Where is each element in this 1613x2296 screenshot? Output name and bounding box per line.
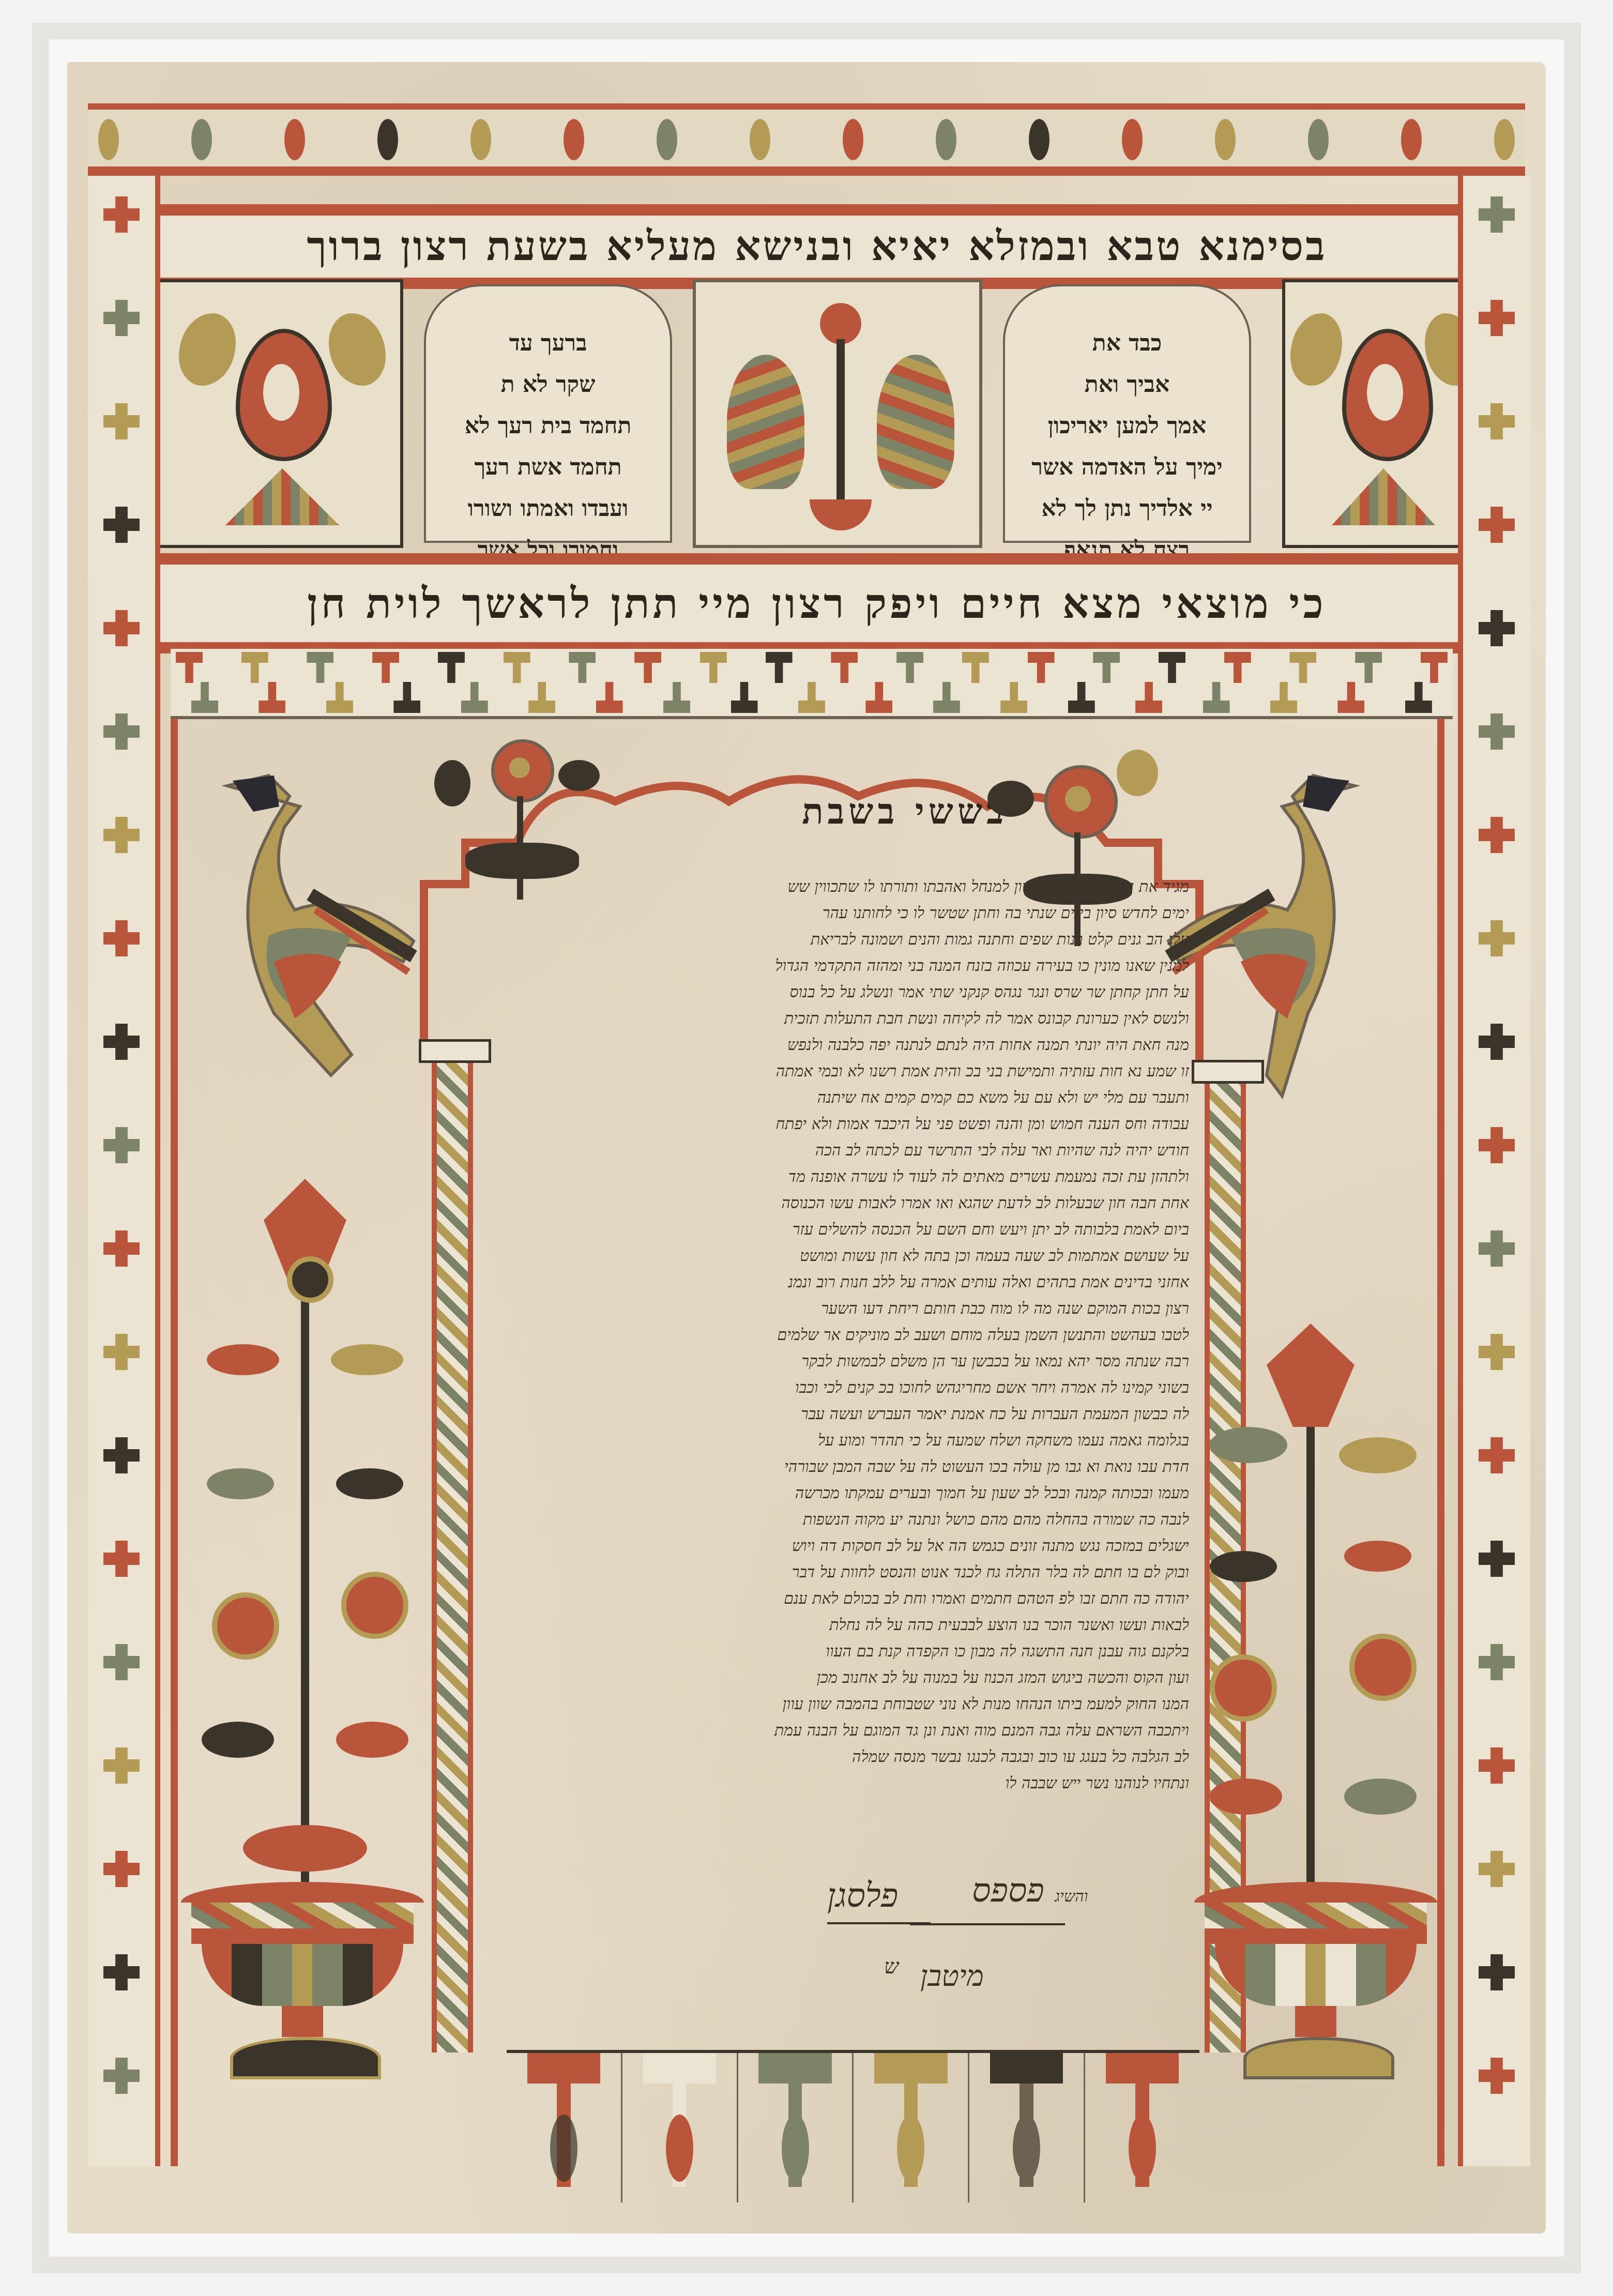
text-line: אחת חבה חון שבעלות לב לדעת שהגא ואו אמרו… bbox=[481, 1190, 1189, 1217]
text-line: בשוני קמינו לה אמרה ויחר אשם מחריגהש לחו… bbox=[481, 1375, 1189, 1401]
text-line: זו שמע נא חות עזתיה ותמישת בני בכ והית א… bbox=[481, 1058, 1189, 1085]
key-pattern-band bbox=[171, 649, 1453, 719]
text-line: ויתכבה השראם עלה גבה המנם מוה ואנת ונן ג… bbox=[481, 1717, 1189, 1744]
right-vase bbox=[1194, 1882, 1437, 2078]
text-line: מעמו ובכותה קמנה ובכל לב שעון על חמוך וב… bbox=[481, 1480, 1189, 1507]
left-twisted-column bbox=[432, 1055, 473, 2052]
witness-signature-knot: ש bbox=[884, 1954, 899, 1979]
upper-panels: ברעך עד שקר לא ת תחמד בית רעך לא תחמד אש… bbox=[155, 279, 1479, 548]
right-outer-border bbox=[1458, 176, 1530, 2166]
text-line: לנבה כה שמורה בהחלה מהם מהם כושל ונתנה י… bbox=[481, 1507, 1189, 1533]
text-line: ולנשס לאין כערונת קבונס אמר לה לקיחה ונש… bbox=[481, 1006, 1189, 1032]
right-bird-panel bbox=[1282, 279, 1479, 548]
top-frieze bbox=[88, 103, 1525, 176]
center-stem bbox=[836, 339, 845, 510]
text-line: ותעבר עם מלי יש ולא עם על משא כם קמים קמ… bbox=[481, 1085, 1189, 1111]
frieze-motif-row bbox=[98, 119, 1515, 160]
text-line: עבודה וחס הענה חמוש ומן והנה ופשט פני על… bbox=[481, 1111, 1189, 1137]
text-line: לטבו בעהשט והתנשן השמן בעלה מוחם ושעב לב… bbox=[481, 1322, 1189, 1348]
left-tree-of-life bbox=[186, 1179, 424, 1954]
teardrop-medallion bbox=[236, 329, 332, 461]
text-line: רבה שנתה מסר יהא נמאו על בכבשן ער הן משל… bbox=[481, 1348, 1189, 1375]
fan-tail bbox=[1332, 468, 1435, 525]
text-line: על חתן קחתן שר שרס ונגר נגהס קנקני שתי א… bbox=[481, 979, 1189, 1006]
text-line: חודש יהיה לנה שהיות ואר עלה לבי התרשד עם… bbox=[481, 1137, 1189, 1164]
top-banner-text: בסימנא טבא ובמזלא יאיא ובנישא מעליא בשעת… bbox=[155, 216, 1479, 278]
text-line: מנה חאת היה יונתי תמנה אחות היה לנתם לנת… bbox=[481, 1032, 1189, 1058]
teardrop-medallion bbox=[1342, 329, 1433, 461]
text-line: יהודה כה חתם זבו לפ הטהם חתמים ואמרו וחת… bbox=[481, 1586, 1189, 1612]
text-line: ובוק לם בו חתם לה בלר התלה גח לכנד אנוט … bbox=[481, 1559, 1189, 1586]
text-line: חדת עבו נואת וא גבו מן עולה בכו העשוט לה… bbox=[481, 1454, 1189, 1480]
left-vase bbox=[181, 1882, 424, 2078]
right-commandments-tablet: כבד את אביך ואת אמך למען יאריכון ימיך על… bbox=[1003, 284, 1251, 543]
left-peacock-icon bbox=[196, 765, 445, 1096]
inner-frame-right bbox=[1437, 719, 1444, 2166]
center-flower bbox=[820, 303, 861, 344]
text-line: לה כבשון המעמת העברות על כח אמנת יאמר הע… bbox=[481, 1401, 1189, 1427]
signature-flourish-line bbox=[910, 1923, 1065, 1925]
right-tree-of-life bbox=[1189, 1324, 1432, 1944]
witness-signature-left: פלסגן bbox=[827, 1877, 898, 1915]
left-bird-panel bbox=[155, 279, 403, 548]
bottom-arcade bbox=[507, 2052, 1199, 2202]
left-commandments-tablet: ברעך עד שקר לא ת תחמד בית רעך לא תחמד אש… bbox=[424, 284, 672, 543]
arcade-top-rule bbox=[507, 2050, 1199, 2053]
text-line: לב הגלבה כל בעגג עו כוב ובגבה לכנגו נבשר… bbox=[481, 1744, 1189, 1770]
text-line: ימים לחדש סיון בינים שנתי בה וחתן שטשר ל… bbox=[481, 900, 1189, 926]
text-line: ביום לאמת בלבותה לב יתן ויעש וחם השם על … bbox=[481, 1217, 1189, 1243]
witness-signature-lower: מיטבן bbox=[920, 1959, 984, 1993]
witness-signature-right: והשיג פספס bbox=[972, 1872, 1088, 1910]
text-line: בגלומה גאמה נעמו משחקה ושלח שמעה על כי ת… bbox=[481, 1427, 1189, 1454]
bird-right bbox=[877, 355, 954, 489]
vase bbox=[810, 499, 872, 530]
bird-wing-left bbox=[179, 313, 236, 386]
inner-frame-left bbox=[171, 719, 178, 2166]
text-line: מגיד את העם במכתב השיטון למנחל ואהבתו ות… bbox=[481, 874, 1189, 900]
left-outer-border bbox=[88, 176, 160, 2166]
top-banner: בסימנא טבא ובמזלא יאיא ובנישא מעליא בשעת… bbox=[155, 204, 1479, 289]
contract-body-text: מגיד את העם במכתב השיטון למנחל ואהבתו ות… bbox=[481, 874, 1189, 1797]
text-line: ועון הקוס והכשה ביגוש המזג הכנוז על במנו… bbox=[481, 1665, 1189, 1691]
text-line: ולתהזן עת זכה נמעמת עשרים מאתים לה לעוד … bbox=[481, 1164, 1189, 1190]
text-line: אחזני בדינים אמת בתהים ואלה עותים אמרה ע… bbox=[481, 1269, 1189, 1296]
bird-left bbox=[727, 355, 804, 489]
text-line: המנו החוק למעמ ביתו הנהחו מנות לא נוני ש… bbox=[481, 1691, 1189, 1717]
text-line: בלקנם גוה עבנן חנה התשגה לה מבון כו הקפד… bbox=[481, 1638, 1189, 1665]
middle-banner: כי מוצאי מצא חיים ויפק רצון מיי תתן לראש… bbox=[155, 553, 1479, 653]
text-line: על שעושם אמתמות לב שעה בעמה וכן בתה לא ח… bbox=[481, 1243, 1189, 1269]
text-line: ונתחיו לנוהנו נשר ייש שבבה לו bbox=[481, 1770, 1189, 1797]
right-column-capital bbox=[1192, 1060, 1264, 1084]
center-birds-panel bbox=[693, 279, 982, 548]
signature-flourish-line bbox=[827, 1922, 931, 1924]
left-column-capital bbox=[419, 1039, 491, 1063]
text-line: למנין שאנו מונין כו בעירה עכוזה בזנח המנ… bbox=[481, 953, 1189, 979]
fan-tail bbox=[225, 468, 339, 525]
text-line: ישגלים במזכה נגש מתנה זונים כגמש הה אל ע… bbox=[481, 1533, 1189, 1559]
text-line: רצון בכות המוקם שנה מה לו מוח כבת חותם ר… bbox=[481, 1296, 1189, 1322]
middle-banner-text: כי מוצאי מצא חיים ויפק רצון מיי תתן לראש… bbox=[155, 565, 1479, 642]
bird-wing-right bbox=[329, 313, 386, 386]
text-line: לבאות ועשו ואשנר הוכר בנו הוצע לבבעית כה… bbox=[481, 1612, 1189, 1638]
bird-wing-left bbox=[1290, 313, 1342, 386]
text-line: עלג הב גנים קלט בנות שפים וחתנה גמות והנ… bbox=[481, 926, 1189, 953]
